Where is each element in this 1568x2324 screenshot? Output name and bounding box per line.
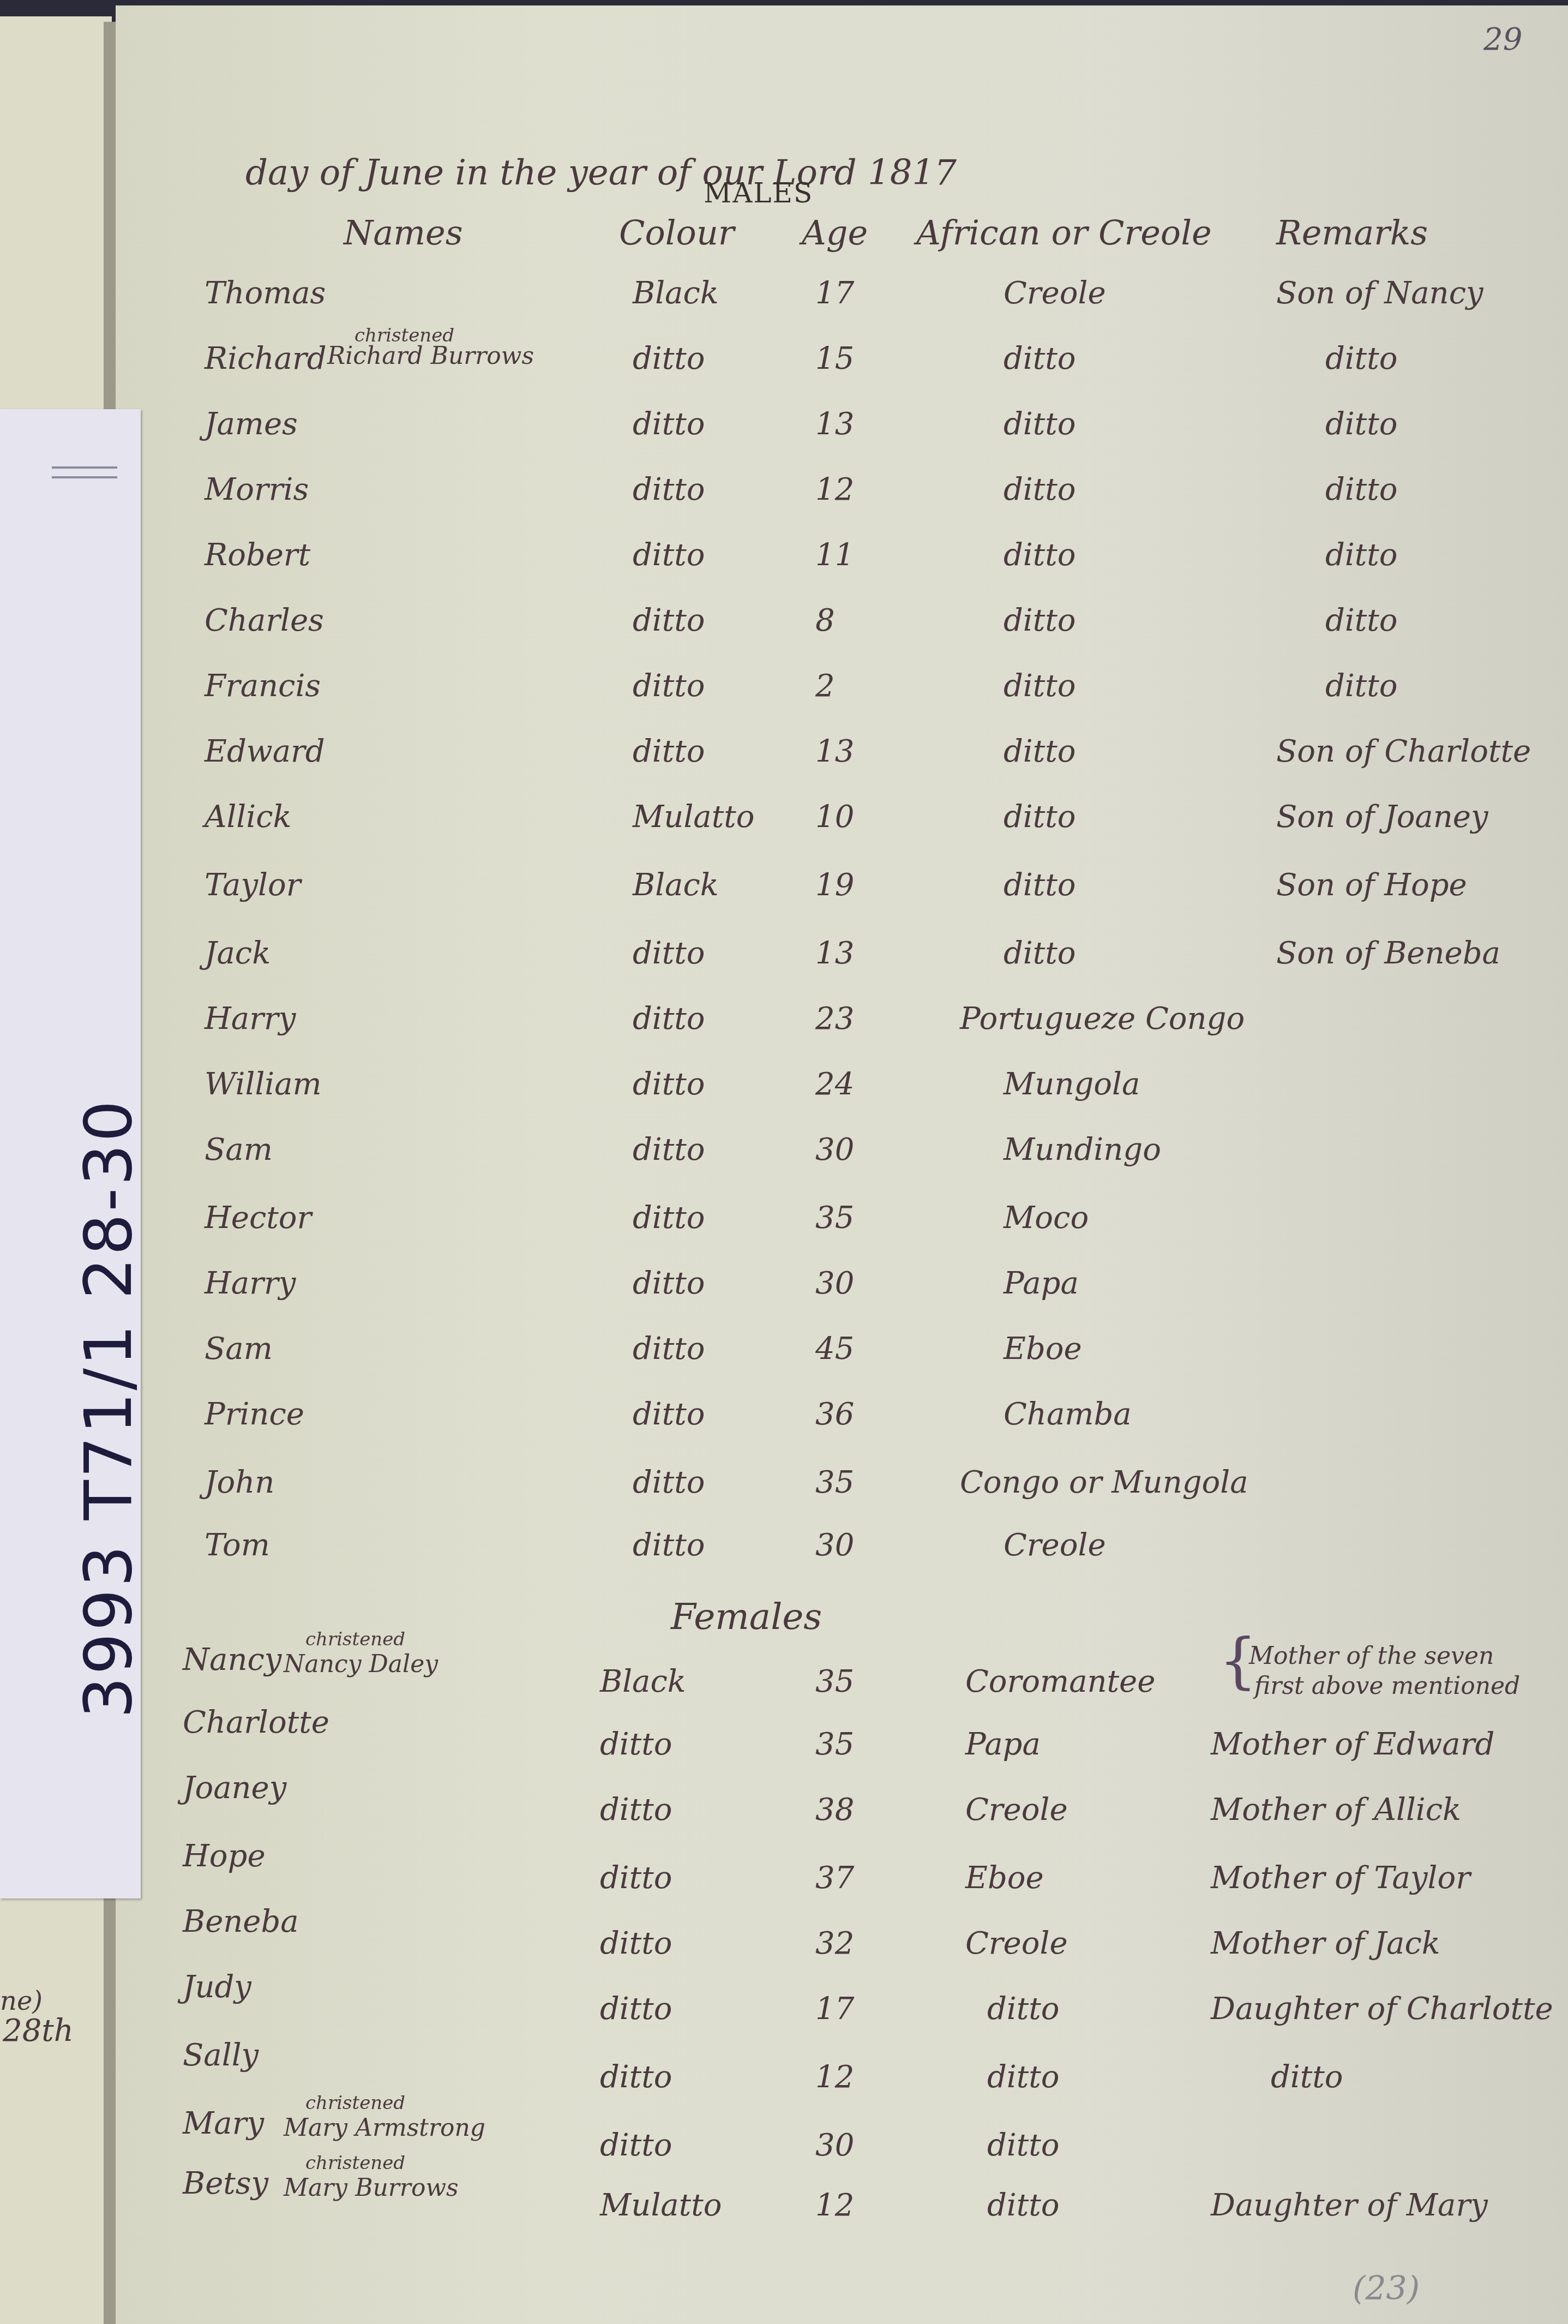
male-name: Harry xyxy=(205,1266,296,1301)
female-origin: Creole xyxy=(965,1792,1068,1828)
male-name: Morris xyxy=(205,472,309,507)
male-age: 13 xyxy=(815,936,854,971)
male-name: Harry xyxy=(205,1001,296,1037)
female-name: Charlotte xyxy=(183,1705,329,1740)
male-origin: ditto xyxy=(1004,799,1076,835)
female-remarks: Mother of the seven xyxy=(1249,1642,1494,1670)
male-remarks: Son of Joaney xyxy=(1276,799,1488,835)
male-name: Jack xyxy=(205,936,271,971)
male-age: 35 xyxy=(815,1465,854,1500)
female-age: 12 xyxy=(815,2188,854,2223)
male-age: 30 xyxy=(815,1266,854,1301)
male-name: William xyxy=(205,1067,322,1102)
female-age: 12 xyxy=(815,2059,854,2095)
christened-label: christened xyxy=(305,1628,405,1650)
male-remarks: ditto xyxy=(1325,537,1397,573)
header-remarks: Remarks xyxy=(1276,213,1428,253)
male-name: Allick xyxy=(205,799,291,835)
female-origin: ditto xyxy=(987,2059,1059,2095)
christened-name: Nancy Daley xyxy=(284,1650,438,1678)
female-origin: Papa xyxy=(965,1727,1041,1762)
male-colour: ditto xyxy=(633,341,705,376)
female-remarks: Mother of Edward xyxy=(1211,1727,1494,1762)
male-colour: ditto xyxy=(633,1266,705,1301)
male-colour: ditto xyxy=(633,1397,705,1432)
female-colour: Mulatto xyxy=(600,2188,722,2223)
header-names: Names xyxy=(344,213,463,253)
male-colour: ditto xyxy=(633,1067,705,1102)
male-origin: Congo or Mungola xyxy=(960,1465,1248,1500)
male-origin: Mundingo xyxy=(1004,1132,1161,1167)
female-colour: Black xyxy=(600,1664,686,1699)
female-origin: Coromantee xyxy=(965,1664,1155,1699)
male-origin: ditto xyxy=(1004,936,1076,971)
male-remarks: Son of Nancy xyxy=(1276,275,1483,311)
male-origin: Eboe xyxy=(1004,1331,1082,1367)
male-age: 13 xyxy=(815,406,854,442)
male-name: Hector xyxy=(205,1200,311,1236)
male-age: 35 xyxy=(815,1200,854,1236)
male-origin: ditto xyxy=(1004,603,1076,638)
male-name: Robert xyxy=(205,537,310,573)
female-remarks: Daughter of Mary xyxy=(1211,2188,1488,2223)
male-remarks: Son of Hope xyxy=(1276,867,1467,903)
male-age: 10 xyxy=(815,799,854,835)
female-age: 35 xyxy=(815,1727,854,1762)
female-origin: ditto xyxy=(987,2128,1059,2163)
left-page-fragment: ne) xyxy=(0,1986,43,2016)
male-remarks: ditto xyxy=(1325,341,1397,376)
female-remarks: Mother of Jack xyxy=(1211,1926,1440,1961)
female-remarks: ditto xyxy=(1271,2059,1343,2095)
male-colour: ditto xyxy=(633,1465,705,1500)
female-remarks-cont: first above mentioned xyxy=(1254,1672,1520,1700)
male-name: Edward xyxy=(205,734,325,769)
male-colour: ditto xyxy=(633,1331,705,1367)
male-colour: ditto xyxy=(633,1132,705,1167)
female-colour: ditto xyxy=(600,2128,672,2163)
male-name: Richard xyxy=(205,341,327,376)
male-name: John xyxy=(205,1465,274,1500)
male-age: 12 xyxy=(815,472,854,507)
christened-name: Richard Burrows xyxy=(327,342,534,370)
male-origin: ditto xyxy=(1004,867,1076,903)
male-age: 11 xyxy=(815,537,854,573)
archive-reference: 3993 T71/1 28-30 xyxy=(71,1098,147,1718)
female-age: 37 xyxy=(815,1860,854,1896)
male-colour: ditto xyxy=(633,406,705,442)
brace-icon: { xyxy=(1219,1626,1257,1696)
female-origin: ditto xyxy=(987,2188,1059,2223)
male-colour: ditto xyxy=(633,734,705,769)
male-colour: Black xyxy=(633,867,719,903)
male-remarks: ditto xyxy=(1325,472,1397,507)
males-section-title: MALES xyxy=(704,177,813,209)
header-colour: Colour xyxy=(619,213,735,253)
male-name: James xyxy=(205,406,298,442)
male-age: 13 xyxy=(815,734,854,769)
male-colour: ditto xyxy=(633,1528,705,1563)
male-age: 2 xyxy=(815,668,835,704)
left-page-date-fragment: 28th xyxy=(3,2013,74,2049)
female-remarks: Daughter of Charlotte xyxy=(1211,1991,1553,2027)
female-age: 38 xyxy=(815,1792,854,1828)
female-colour: ditto xyxy=(600,1727,672,1762)
male-remarks: Son of Charlotte xyxy=(1276,734,1531,769)
male-name: Sam xyxy=(205,1132,273,1167)
christened-label: christened xyxy=(305,2152,405,2174)
male-age: 45 xyxy=(815,1331,854,1367)
male-age: 36 xyxy=(815,1397,854,1432)
male-origin: ditto xyxy=(1004,472,1076,507)
female-name: Betsy xyxy=(183,2166,268,2201)
female-origin: Eboe xyxy=(965,1860,1044,1896)
female-name: Nancy xyxy=(183,1642,281,1678)
male-origin: Creole xyxy=(1004,275,1106,311)
male-age: 15 xyxy=(815,341,854,376)
male-colour: Mulatto xyxy=(633,799,754,835)
male-colour: ditto xyxy=(633,603,705,638)
male-age: 17 xyxy=(815,275,854,311)
male-remarks: Son of Beneba xyxy=(1276,936,1500,971)
male-origin: Chamba xyxy=(1004,1397,1132,1432)
male-age: 24 xyxy=(815,1067,854,1102)
female-age: 30 xyxy=(815,2128,854,2163)
male-colour: ditto xyxy=(633,668,705,704)
male-age: 30 xyxy=(815,1528,854,1563)
females-section-title: Females xyxy=(671,1596,822,1638)
female-age: 32 xyxy=(815,1926,854,1961)
male-origin: ditto xyxy=(1004,668,1076,704)
male-origin: ditto xyxy=(1004,537,1076,573)
male-origin: Papa xyxy=(1004,1266,1079,1301)
bottom-folio: (23) xyxy=(1353,2269,1420,2308)
male-origin: Moco xyxy=(1004,1200,1089,1236)
male-name: Sam xyxy=(205,1331,273,1367)
female-colour: ditto xyxy=(600,1991,672,2027)
female-remarks: Mother of Taylor xyxy=(1211,1860,1470,1896)
header-origin: African or Creole xyxy=(916,213,1212,253)
female-name: Sally xyxy=(183,2038,259,2073)
header-age: Age xyxy=(802,213,868,253)
female-name: Mary xyxy=(183,2106,264,2141)
male-name: Taylor xyxy=(205,867,301,903)
male-colour: ditto xyxy=(633,537,705,573)
male-age: 30 xyxy=(815,1132,854,1167)
male-origin: Creole xyxy=(1004,1528,1106,1563)
male-origin: ditto xyxy=(1004,341,1076,376)
male-colour: ditto xyxy=(633,1001,705,1037)
female-colour: ditto xyxy=(600,1860,672,1896)
male-colour: Black xyxy=(633,275,719,311)
christened-name: Mary Burrows xyxy=(284,2174,459,2202)
female-colour: ditto xyxy=(600,2059,672,2095)
male-colour: ditto xyxy=(633,472,705,507)
archive-reference-slip: 3993 T71/1 28-30 xyxy=(0,409,141,1898)
tag-marker xyxy=(52,466,117,478)
male-origin: Portugueze Congo xyxy=(960,1001,1245,1037)
male-age: 19 xyxy=(815,867,854,903)
male-name: Prince xyxy=(205,1397,304,1432)
male-name: Thomas xyxy=(205,275,326,311)
male-name: Charles xyxy=(205,603,324,638)
male-origin: ditto xyxy=(1004,734,1076,769)
female-remarks: Mother of Allick xyxy=(1211,1792,1461,1828)
female-name: Beneba xyxy=(183,1904,299,1939)
male-remarks: ditto xyxy=(1325,668,1397,704)
male-origin: ditto xyxy=(1004,406,1076,442)
date-heading: day of June in the year of our Lord 1817 xyxy=(245,153,957,193)
male-remarks: ditto xyxy=(1325,603,1397,638)
female-name: Judy xyxy=(183,1969,251,2005)
christened-name: Mary Armstrong xyxy=(284,2114,485,2142)
female-colour: ditto xyxy=(600,1926,672,1961)
male-colour: ditto xyxy=(633,1200,705,1236)
female-age: 35 xyxy=(815,1664,854,1699)
female-origin: ditto xyxy=(987,1991,1059,2027)
male-remarks: ditto xyxy=(1325,406,1397,442)
male-origin: Mungola xyxy=(1004,1067,1140,1102)
male-colour: ditto xyxy=(633,936,705,971)
female-colour: ditto xyxy=(600,1792,672,1828)
male-name: Francis xyxy=(205,668,321,704)
female-name: Hope xyxy=(183,1838,266,1874)
christened-label: christened xyxy=(305,2092,405,2114)
female-name: Joaney xyxy=(183,1770,286,1806)
female-origin: Creole xyxy=(965,1926,1068,1961)
female-age: 17 xyxy=(815,1991,854,2027)
folio-number: 29 xyxy=(1483,22,1522,57)
male-age: 8 xyxy=(815,603,835,638)
male-name: Tom xyxy=(205,1528,270,1563)
male-age: 23 xyxy=(815,1001,854,1037)
